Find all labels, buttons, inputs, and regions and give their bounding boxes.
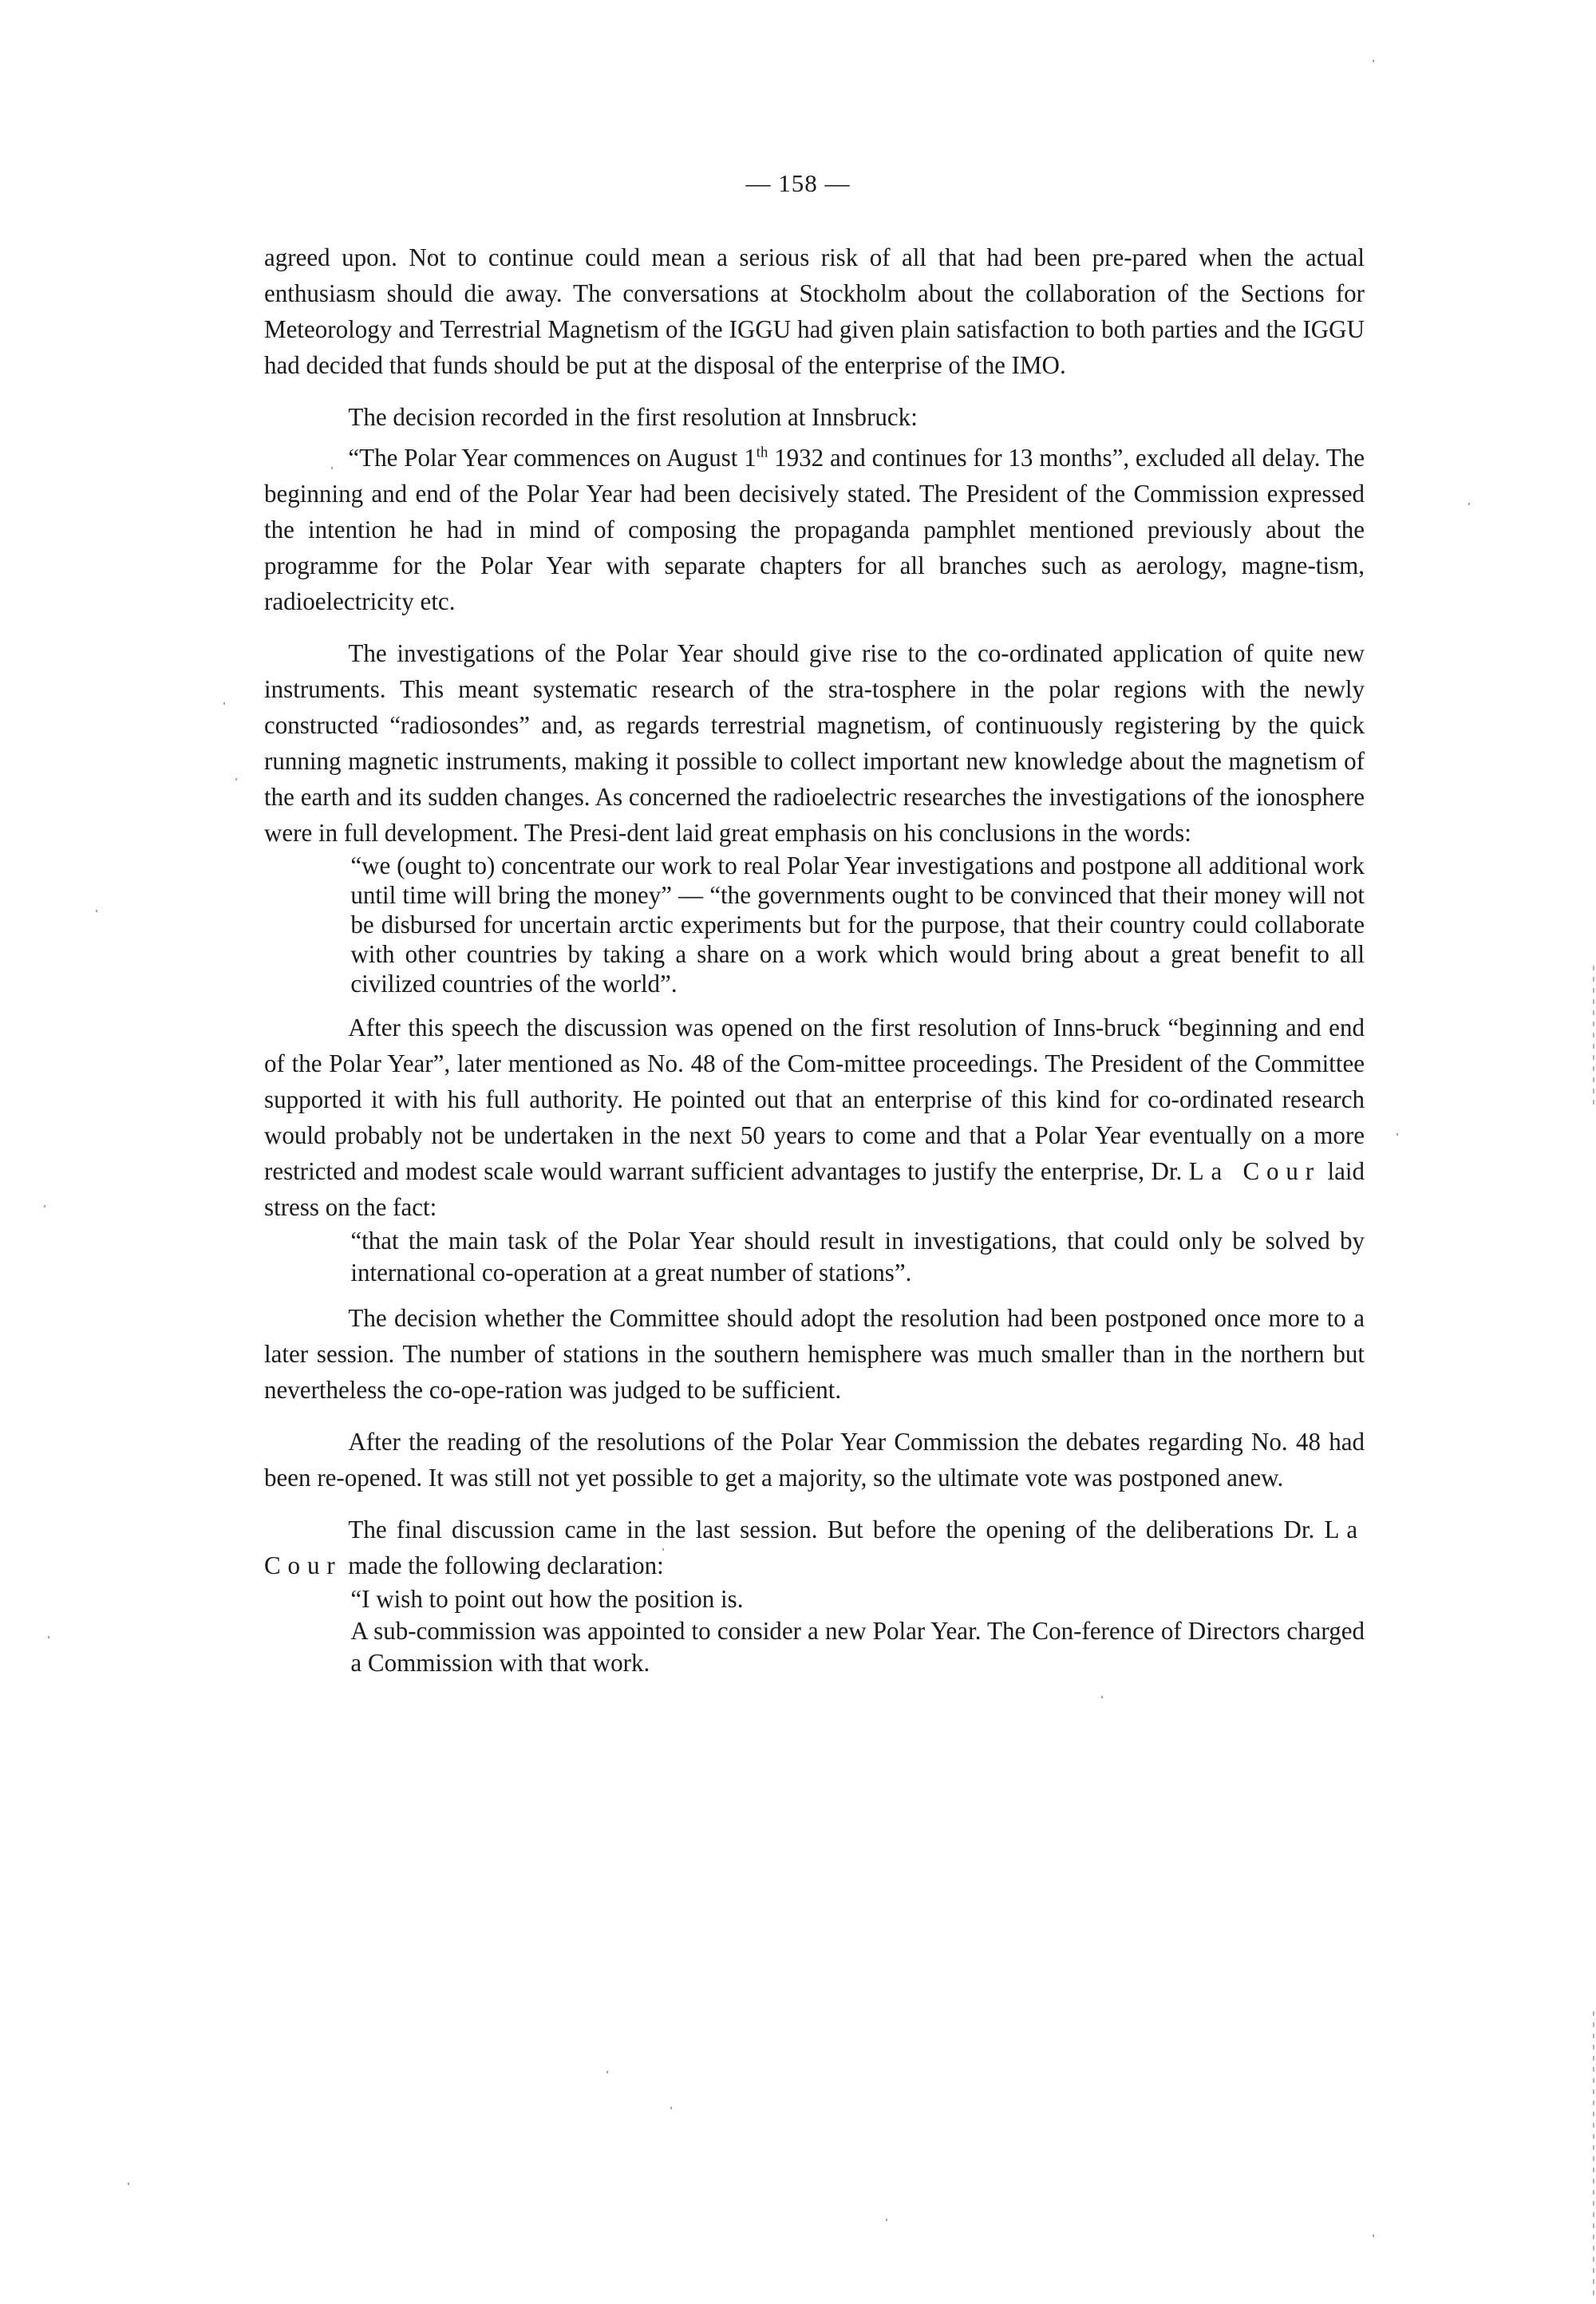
scan-speck [606, 2071, 608, 2073]
scan-speck [1373, 60, 1374, 62]
paragraph-continuation: agreed upon. Not to continue could mean … [264, 239, 1365, 383]
scan-speck [670, 2107, 672, 2109]
scan-edge-artifact [1593, 2011, 1594, 2298]
scan-speck [591, 423, 592, 425]
paragraph-resolutions-reading: After the reading of the resolutions of … [264, 1424, 1365, 1496]
paragraph-innsbruck-decision: The decision recorded in the first resol… [264, 399, 1365, 435]
scan-speck [662, 1548, 664, 1551]
paragraph-investigations: The investigations of the Polar Year sho… [264, 635, 1365, 851]
page-number: — 158 — [0, 169, 1596, 198]
scan-speck [48, 1636, 49, 1638]
paragraph-text-end: made the following declaration: [342, 1551, 664, 1579]
resolution-quote-start: “The Polar Year commences on August 1 [348, 444, 756, 472]
scan-speck [96, 910, 97, 912]
scan-speck [431, 255, 433, 258]
scan-speck [886, 2219, 887, 2221]
scan-speck [1396, 1133, 1398, 1136]
paragraph-polar-year-dates: “The Polar Year commences on August 1th … [264, 440, 1365, 619]
paragraph-decision-postponed: The decision whether the Committee shoul… [264, 1300, 1365, 1408]
scan-speck [44, 1205, 45, 1207]
blockquote-declaration-continued: A sub-commission was appointed to consid… [350, 1615, 1365, 1679]
blockquote-president-words: “we (ought to) concentrate our work to r… [350, 851, 1365, 998]
scan-speck [1373, 2235, 1374, 2237]
scan-edge-artifact [1593, 966, 1594, 1109]
blockquote-declaration-start: “I wish to point out how the position is… [350, 1583, 1365, 1615]
paragraph-final-discussion: The final discussion came in the last se… [264, 1512, 1365, 1583]
paragraph-text: The final discussion came in the last se… [348, 1516, 1324, 1543]
scan-speck [223, 702, 225, 705]
scan-speck [235, 778, 237, 781]
person-name: La Cour [1189, 1157, 1321, 1185]
scan-speck [1468, 503, 1470, 505]
scan-speck [1101, 1696, 1103, 1698]
scan-speck [128, 2183, 129, 2185]
ordinal-suffix: th [757, 445, 768, 461]
page-body: agreed upon. Not to continue could mean … [264, 239, 1365, 1679]
paragraph-discussion-opened: After this speech the discussion was ope… [264, 1010, 1365, 1225]
blockquote-la-cour-fact: “that the main task of the Polar Year sh… [350, 1225, 1365, 1289]
scan-speck [331, 467, 333, 469]
